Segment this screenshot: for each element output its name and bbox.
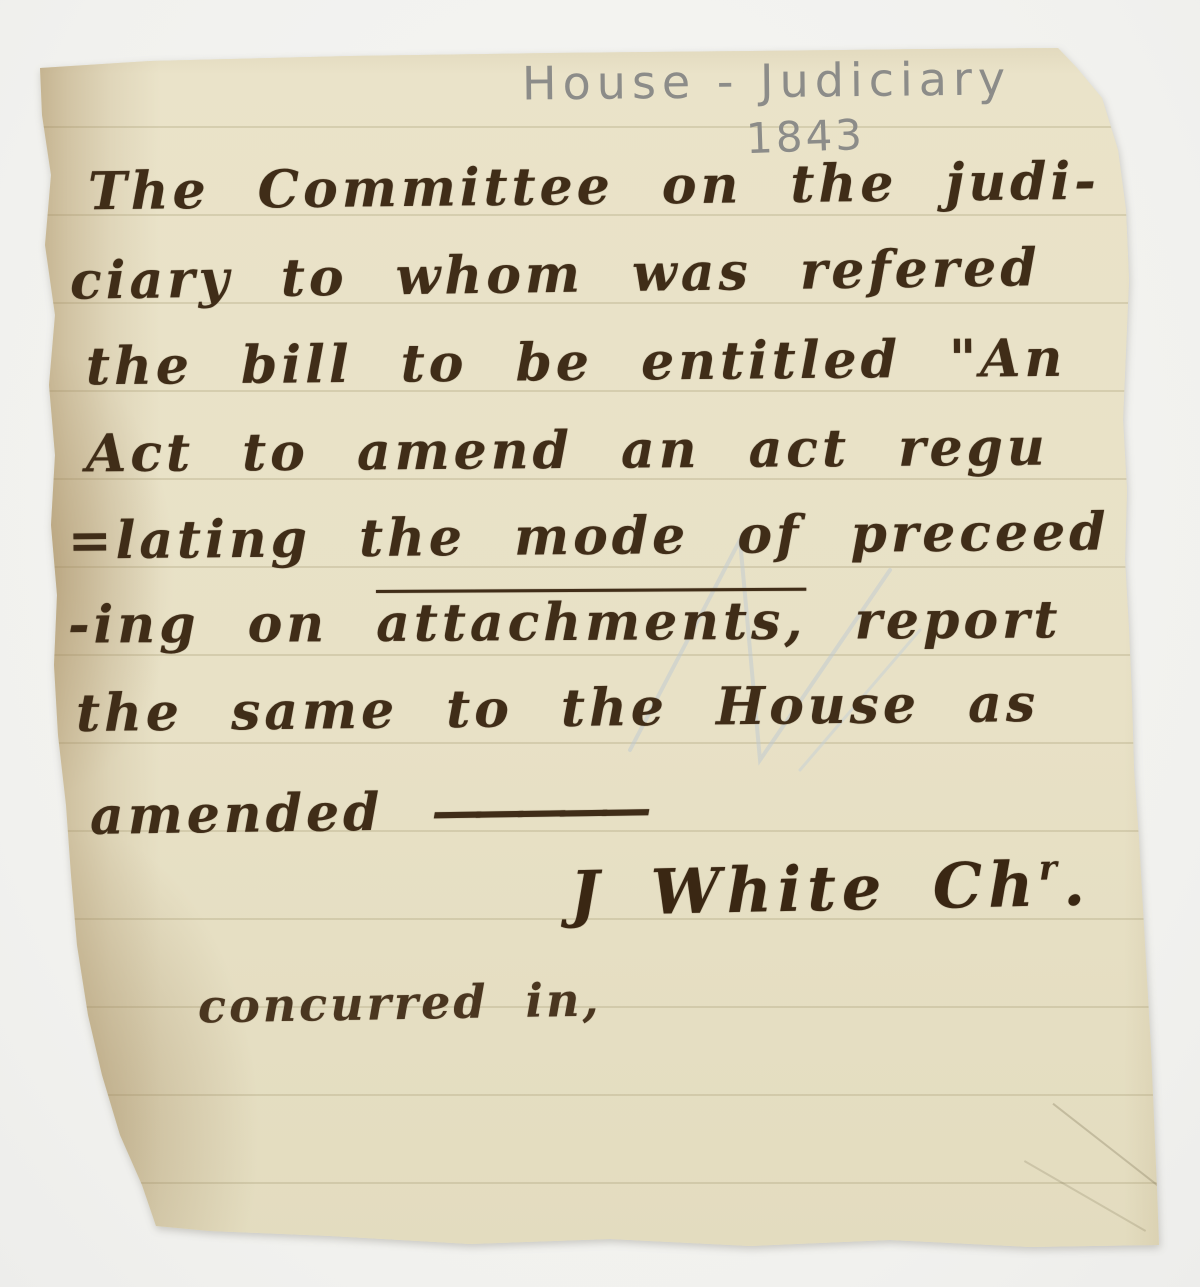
scan-background: House - Judiciary 1843 The Committee on … <box>0 0 1200 1287</box>
body-line-6-prefix: -ing on <box>68 593 377 656</box>
body-line-5: =lating the mode of preceed <box>68 501 1110 571</box>
body-line-4: Act to amend an act regu <box>86 417 1049 485</box>
flourish-dash: ————— <box>431 778 642 842</box>
body-line-8-word: amended <box>90 782 384 847</box>
body-line-6-suffix: report <box>806 589 1061 651</box>
signature-chairman: J White Chr. <box>569 847 1091 931</box>
torn-paper-sheet: House - Judiciary 1843 The Committee on … <box>30 40 1170 1255</box>
body-line-8: amended ————— <box>90 778 642 847</box>
body-line-6: -ing on attachments, report <box>68 589 1062 655</box>
endorsement-concurred: concurred in, <box>198 972 602 1033</box>
signature-period: . <box>1062 847 1091 921</box>
pencil-annotation-house-judiciary: House - Judiciary <box>522 51 1012 110</box>
body-line-3: the bill to be entitled "An <box>86 328 1067 398</box>
paper-wrap: House - Judiciary 1843 The Committee on … <box>30 40 1170 1255</box>
signature-superscript: r <box>1038 848 1063 888</box>
body-line-6-overlined-word: attachments, <box>376 591 807 654</box>
paper-crease-small <box>1024 1160 1146 1232</box>
body-line-7: the same to the House as <box>76 673 1040 744</box>
body-line-2: ciary to whom was refered <box>70 237 1041 312</box>
signature-name: J White Ch <box>569 848 1040 931</box>
paper-crease <box>1052 1103 1187 1209</box>
body-line-1: The Committee on the judi- <box>88 151 1100 223</box>
